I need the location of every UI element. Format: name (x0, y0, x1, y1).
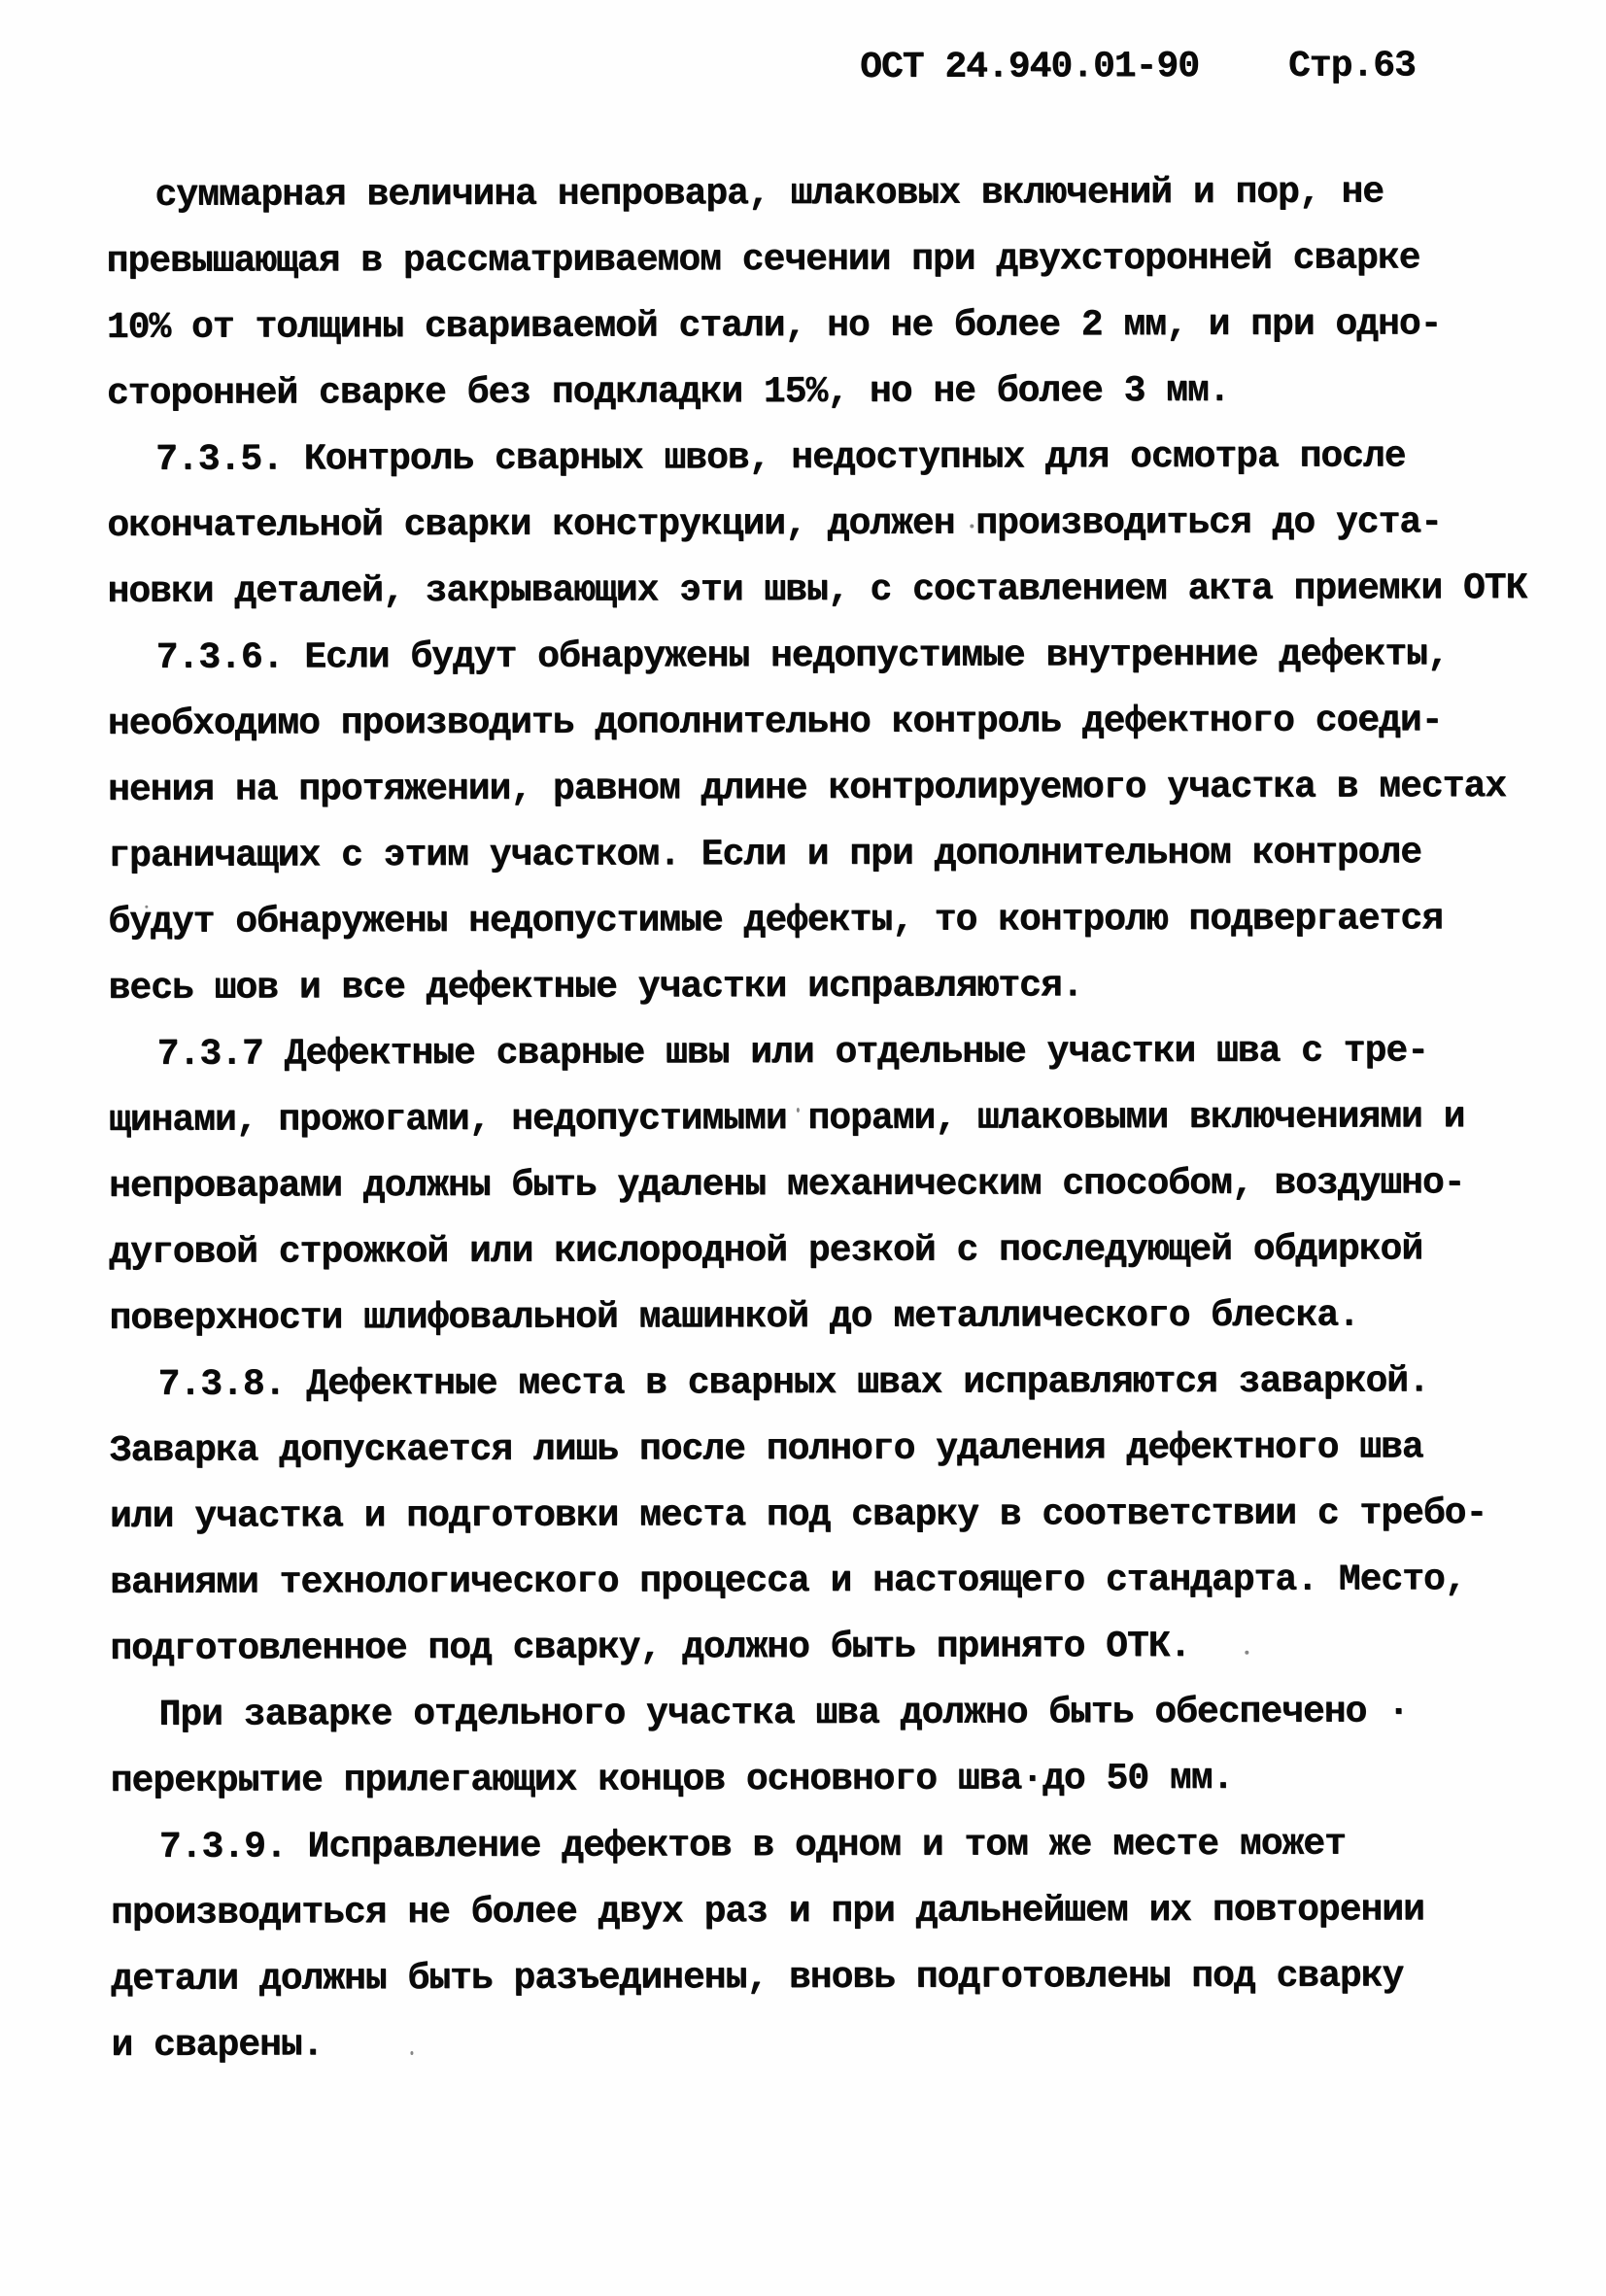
scan-artifact (1245, 1651, 1248, 1655)
text-line: сторонней сварке без подкладки 15%, но н… (107, 358, 1545, 428)
scan-artifact (797, 1108, 800, 1113)
text-line: превышающая в рассматриваемом сечении пр… (107, 225, 1545, 295)
text-line: Заварка допускается лишь после полного у… (110, 1415, 1548, 1485)
text-line: необходимо производить дополнительно кон… (108, 688, 1546, 758)
text-line: будут обнаружены недопустимые дефекты, т… (108, 886, 1546, 956)
text-line: суммарная величина непровара, шлаковых в… (106, 159, 1544, 229)
scan-artifact (970, 525, 974, 529)
scan-area: ОСТ 24.940.01-90 Стр.63 суммарная величи… (0, 0, 1606, 2296)
text-line: перекрытие прилегающих концов основного … (111, 1745, 1549, 1815)
text-line: 7.3.5. Контроль сварных швов, недоступны… (107, 424, 1545, 494)
text-line: нения на протяжении, равном длине контро… (108, 754, 1546, 824)
document-body: суммарная величина непровара, шлаковых в… (106, 159, 1549, 2079)
text-line: и сварены. (111, 2009, 1549, 2079)
scan-artifact (410, 2051, 413, 2055)
document-page: ОСТ 24.940.01-90 Стр.63 суммарная величи… (0, 0, 1606, 2296)
text-line: дуговой строжкой или кислородной резкой … (109, 1217, 1547, 1286)
text-line: 7.3.6. Если будут обнаружены недопустимы… (108, 622, 1546, 692)
text-line: производиться не более двух раз и при да… (111, 1877, 1549, 1947)
text-line: щинами, прожогами, недопустимыми порами,… (109, 1084, 1547, 1154)
text-line: граничащих с этим участком. Если и при д… (108, 820, 1546, 890)
scan-artifact (145, 906, 148, 908)
text-line: подготовленное под сварку, должно быть п… (110, 1613, 1548, 1683)
text-line: При заварке отдельного участка шва должн… (110, 1679, 1548, 1749)
standard-number: ОСТ 24.940.01-90 (860, 46, 1199, 88)
text-line: 10% от толщины свариваемой стали, но не … (107, 291, 1545, 361)
text-line: детали должны быть разъединены, вновь по… (111, 1943, 1549, 2013)
text-line: или участка и подготовки места под сварк… (110, 1481, 1548, 1551)
text-line: непроварами должны быть удалены механиче… (109, 1150, 1547, 1220)
text-line: весь шов и все дефектные участки исправл… (108, 952, 1546, 1022)
text-line: 7.3.9. Исправление дефектов в одном и то… (111, 1811, 1549, 1881)
page-number: Стр.63 (1288, 45, 1416, 86)
text-line: поверхности шлифовальной машинкой до мет… (109, 1283, 1547, 1353)
text-line: ваниями технологического процесса и наст… (110, 1547, 1548, 1617)
page-header: ОСТ 24.940.01-90 Стр.63 (860, 45, 1416, 87)
text-line: новки деталей, закрывающих эти швы, с со… (107, 556, 1545, 626)
text-line: окончательной сварки конструкции, должен… (107, 490, 1545, 560)
text-line: 7.3.8. Дефектные места в сварных швах ис… (110, 1349, 1548, 1419)
text-line: 7.3.7 Дефектные сварные швы или отдельны… (109, 1018, 1547, 1088)
